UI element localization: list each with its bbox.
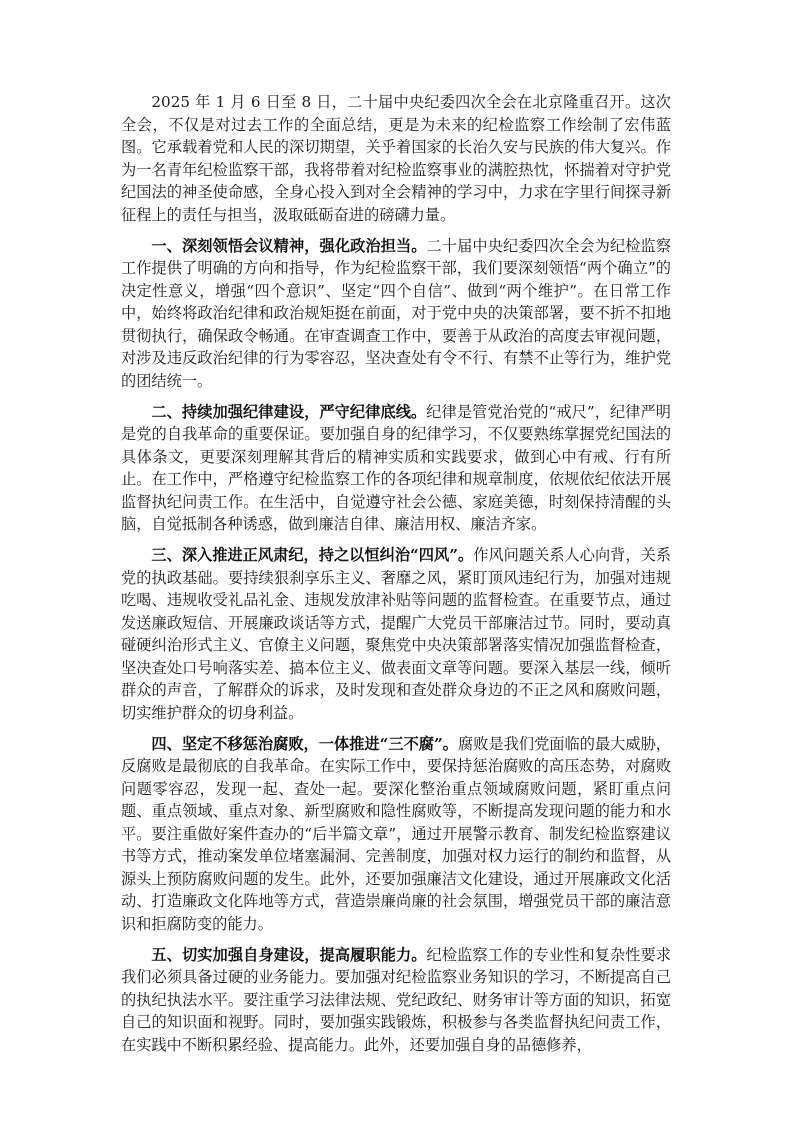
section-heading: 二、持续加强纪律建设，严守纪律底线。 <box>151 403 426 421</box>
paragraph-section-5: 五、切实加强自身建设，提高履职能力。纪检监察工作的专业性和复杂性要求我们必须具备… <box>121 944 671 1057</box>
paragraph-section-4: 四、坚定不移惩治腐败，一体推进“三不腐”。腐败是我们党面临的最大威胁，反腐败是最… <box>121 733 671 936</box>
section-heading: 四、坚定不移惩治腐败，一体推进“三不腐”。 <box>151 735 458 753</box>
paragraph-body: 2025 年 1 月 6 日至 8 日，二十届中央纪委四次全会在北京隆重召开。这… <box>121 93 671 224</box>
document-page: 2025 年 1 月 6 日至 8 日，二十届中央纪委四次全会在北京隆重召开。这… <box>121 91 671 1065</box>
paragraph-body: 二十届中央纪委四次全会为纪检监察工作提供了明确的方向和指导，作为纪检监察干部，我… <box>121 237 671 390</box>
paragraph-body: 作风问题关系人心向背，关系党的执政基础。要持续狠刹享乐主义、奢靡之风，紧盯顶风违… <box>121 546 671 722</box>
paragraph-body: 纪律是管党治党的“戒尺”，纪律严明是党的自我革命的重要保证。要加强自身的纪律学习… <box>121 403 671 534</box>
paragraph-intro: 2025 年 1 月 6 日至 8 日，二十届中央纪委四次全会在北京隆重召开。这… <box>121 91 671 226</box>
paragraph-section-2: 二、持续加强纪律建设，严守纪律底线。纪律是管党治党的“戒尺”，纪律严明是党的自我… <box>121 401 671 536</box>
paragraph-section-1: 一、深刻领悟会议精神，强化政治担当。二十届中央纪委四次全会为纪检监察工作提供了明… <box>121 235 671 393</box>
paragraph-body: 腐败是我们党面临的最大威胁，反腐败是最彻底的自我革命。在实际工作中，要保持惩治腐… <box>121 735 671 933</box>
section-heading: 三、深入推进正风肃纪，持之以恒纠治“四风”。 <box>151 546 473 564</box>
paragraph-section-3: 三、深入推进正风肃纪，持之以恒纠治“四风”。作风问题关系人心向背，关系党的执政基… <box>121 544 671 724</box>
section-heading: 五、切实加强自身建设，提高履职能力。 <box>151 946 426 964</box>
section-heading: 一、深刻领悟会议精神，强化政治担当。 <box>151 237 426 255</box>
